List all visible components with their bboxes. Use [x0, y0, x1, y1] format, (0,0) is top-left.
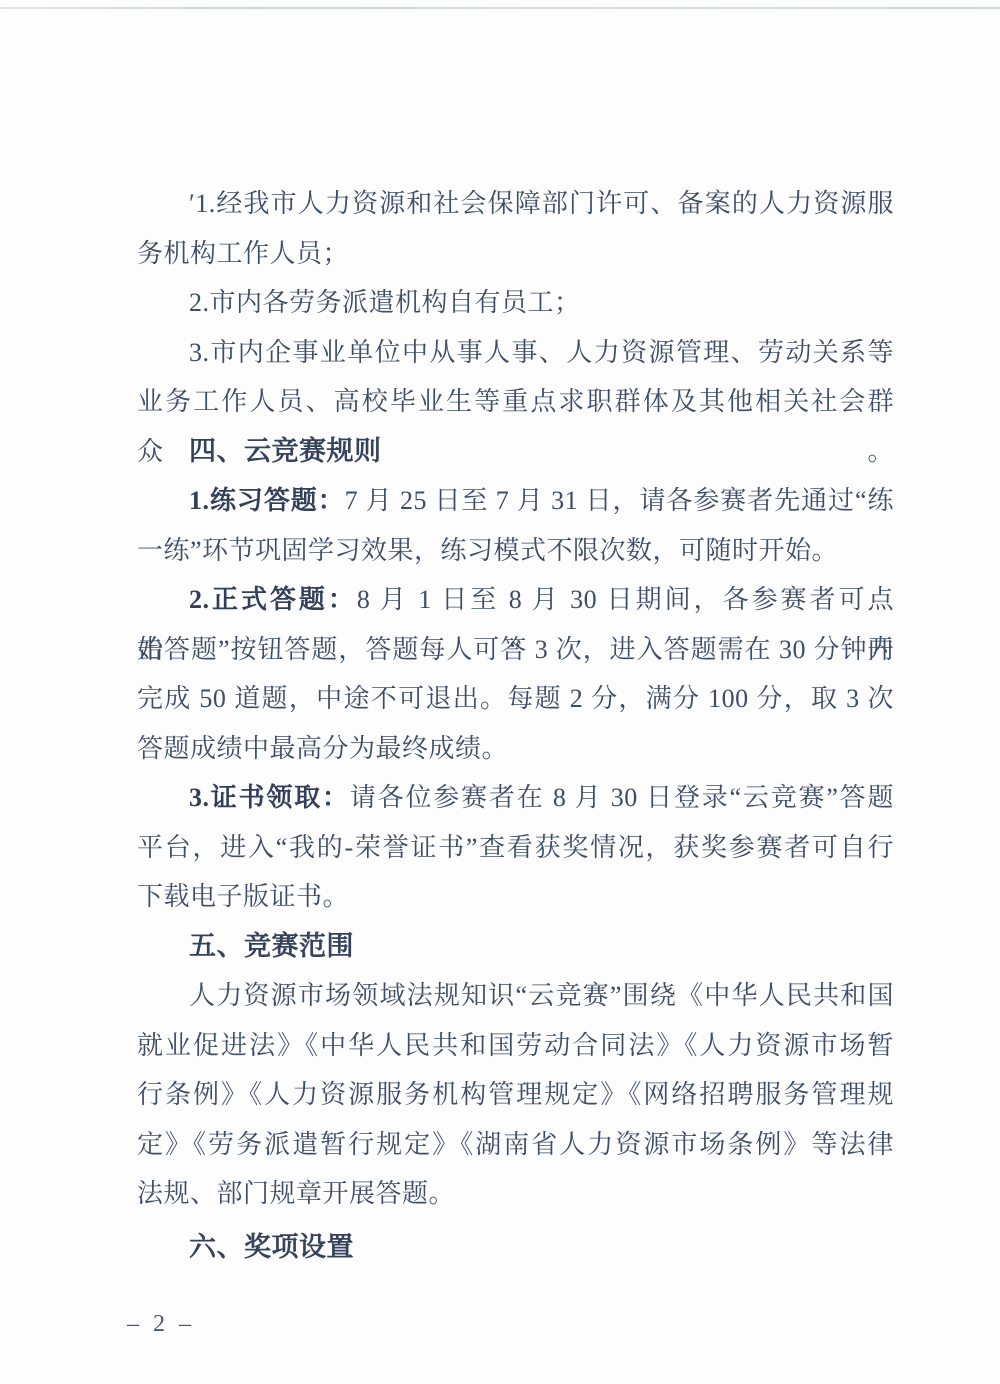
rule3-line2: 平台，进入“我的-荣誉证书”查看获奖情况，获奖参赛者可自行 [137, 823, 894, 873]
rule3-line1-text: 请各位参赛者在 8 月 30 日登录“云竞赛”答题 [350, 783, 894, 812]
rule1-line1-text: 7 月 25 日至 7 月 31 日，请各参赛者先通过“练 [345, 486, 894, 515]
rule1-line2: 一练”环节巩固学习效果，练习模式不限次数，可随时开始。 [137, 526, 894, 576]
scope-line2: 就业促进法》《中华人民共和国劳动合同法》《人力资源市场暂 [137, 1021, 894, 1071]
eligibility-item3-line1: 3.市内企事业单位中从事人事、人力资源管理、劳动关系等 [137, 328, 894, 378]
page-number: – 2 – [127, 1308, 894, 1340]
rule2-line1: 2.正式答题：8 月 1 日至 8 月 30 日期间，各参赛者可点击“开 [137, 575, 894, 625]
rule1-label: 1.练习答题： [189, 486, 345, 515]
rule2-label: 2.正式答题： [189, 585, 357, 614]
rule3-line1: 3.证书领取：请各位参赛者在 8 月 30 日登录“云竞赛”答题 [137, 773, 894, 823]
scope-line3: 行条例》《人力资源服务机构管理规定》《网络招聘服务管理规 [137, 1070, 894, 1120]
eligibility-item2: 2.市内各劳务派遣机构自有员工； [137, 278, 894, 328]
document-content: ′1.经我市人力资源和社会保障部门许可、备案的人力资源服 务机构工作人员； 2.… [137, 179, 894, 1340]
scope-line5: 法规、部门规章开展答题。 [137, 1169, 894, 1219]
scanned-document-page: ′1.经我市人力资源和社会保障部门许可、备案的人力资源服 务机构工作人员； 2.… [0, 0, 1000, 1384]
eligibility-item3-line2: 业务工作人员、高校毕业生等重点求职群体及其他相关社会群众。 [137, 377, 894, 427]
rule3-line3: 下载电子版证书。 [137, 872, 894, 922]
eligibility-item1-line2: 务机构工作人员； [137, 229, 894, 279]
rule2-line2: 始答题”按钮答题，答题每人可答 3 次，进入答题需在 30 分钟内 [137, 625, 894, 675]
scope-line1: 人力资源市场领域法规知识“云竞赛”围绕《中华人民共和国 [137, 971, 894, 1021]
rule1-line1: 1.练习答题：7 月 25 日至 7 月 31 日，请各参赛者先通过“练 [137, 476, 894, 526]
section-five-title: 五、竞赛范围 [137, 922, 894, 972]
scope-line4: 定》《劳务派遣暂行规定》《湖南省人力资源市场条例》等法律 [137, 1120, 894, 1170]
scan-edge-line [0, 7, 1000, 9]
rule2-line3: 完成 50 道题，中途不可退出。每题 2 分，满分 100 分，取 3 次 [137, 674, 894, 724]
section-six-title: 六、奖项设置 [137, 1223, 894, 1273]
rule3-label: 3.证书领取： [189, 783, 350, 812]
rule2-line4: 答题成绩中最高分为最终成绩。 [137, 724, 894, 774]
eligibility-item1-line1: ′1.经我市人力资源和社会保障部门许可、备案的人力资源服 [137, 179, 894, 229]
